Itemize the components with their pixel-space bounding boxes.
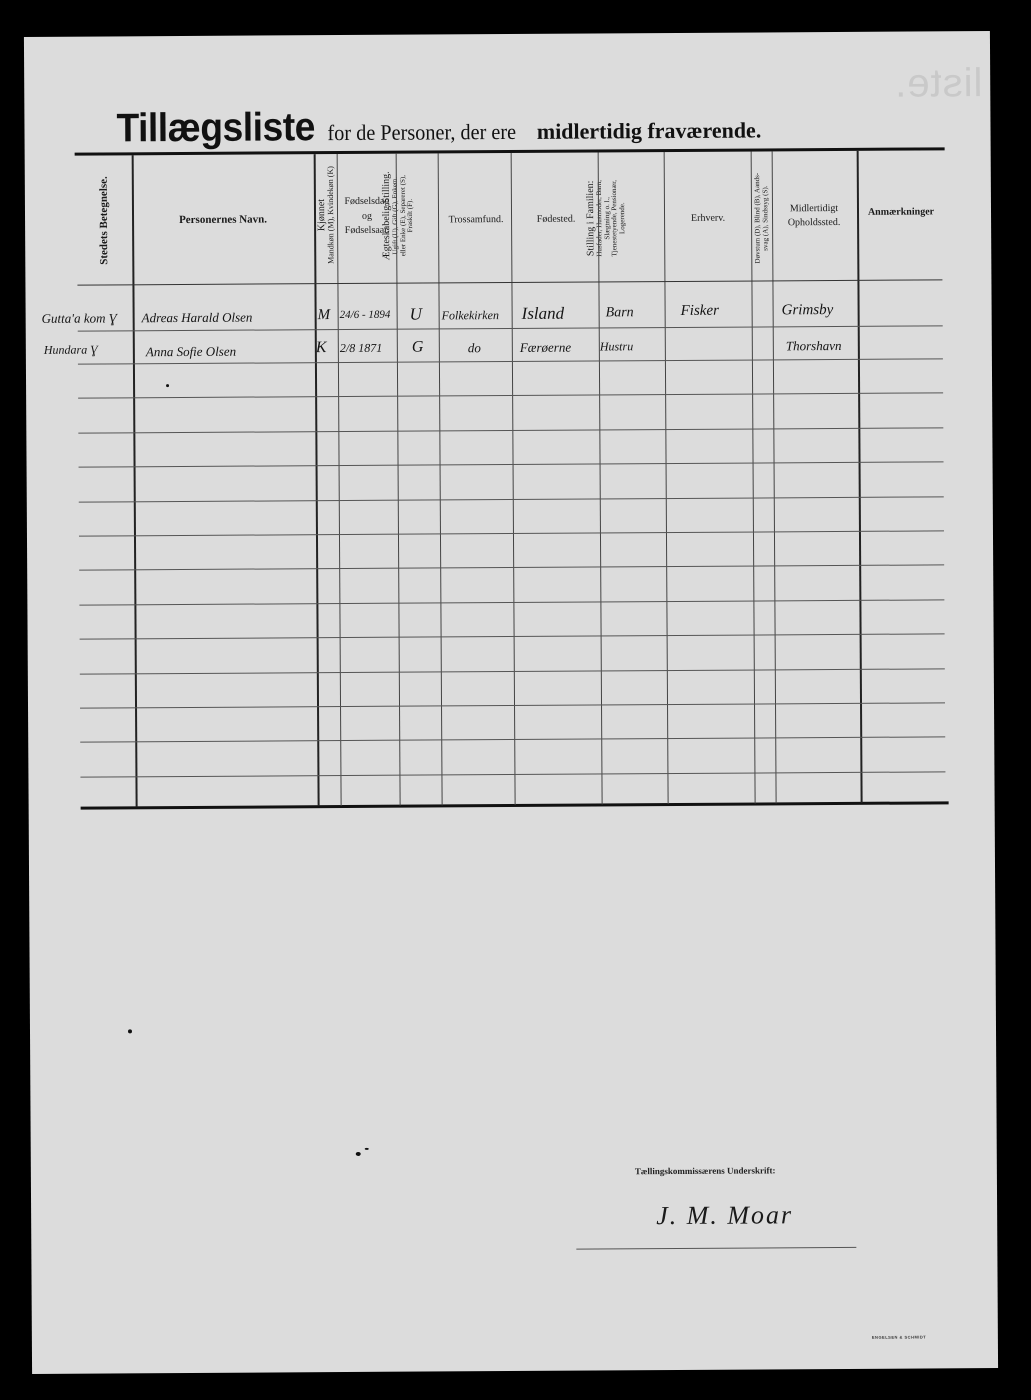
header-opholdssted-l1: Midlertidigt [772, 202, 856, 217]
header-opholdssted: Midlertidigt Opholdssted. [772, 202, 856, 231]
ink-speck [356, 1152, 361, 1156]
printer-mark: ENGELSEN & SCHMIDT [872, 1334, 926, 1339]
row-line [78, 392, 943, 398]
cell-kjonnet: K [316, 339, 327, 357]
ink-speck [166, 384, 169, 387]
header-bottom-line [77, 279, 942, 285]
header-kjonnet-sub: Mandkøn (M), Kvindekøn (K) [327, 150, 337, 280]
cell-opholdssted: Thorshavn [786, 338, 842, 354]
row-line [79, 599, 944, 605]
row-line [80, 668, 945, 674]
row-line [80, 736, 945, 742]
cell-trossamfund: Folkekirken [442, 308, 499, 323]
cell-stedets-betegnelse: Hundara Ɣ [44, 343, 99, 358]
column-divider [511, 153, 516, 805]
header-lyte: Døvstum (D), Blind (B), Aands- svag (A),… [754, 153, 770, 283]
row-line [80, 702, 945, 708]
column-divider [772, 151, 777, 803]
row-line [79, 530, 944, 536]
title-emphasis: midlertidig fraværende. [537, 117, 762, 143]
row-line [80, 771, 945, 777]
ink-speck [128, 1029, 132, 1033]
header-aegteskab-l3: Fraskilt (F). [407, 151, 415, 281]
row-line [78, 427, 943, 433]
column-divider [132, 155, 138, 807]
title-main: Tillægsliste [116, 105, 315, 151]
cell-navn: Adreas Harald Olsen [142, 310, 253, 327]
row-line [80, 633, 945, 639]
cell-aegteskabelig: G [412, 339, 424, 357]
cell-opholdssted: Grimsby [782, 302, 834, 319]
header-stedets-betegnelse: Stedets Betegnelse. [98, 165, 111, 275]
header-stilling-l4: Logerende. [619, 153, 627, 283]
form-title: Tillægsliste for de Personer, der ere mi… [116, 102, 761, 151]
row-line [79, 564, 944, 570]
header-stilling-familien: Stilling i Familien: Husfader, Husmoder,… [585, 153, 628, 283]
cell-fodselsdag: 2/8 1871 [340, 341, 382, 356]
signature: J. M. Moar [656, 1200, 793, 1231]
header-lyte-l2: svag (A), Sindssyg (S). [762, 153, 770, 283]
bleed-through-text: liste. [894, 61, 983, 107]
column-divider [337, 154, 342, 806]
table-row: Gutta'a kom Ɣ Adreas Harald Olsen M 24/6… [24, 31, 990, 37]
cell-stilling-familien: Barn [606, 305, 634, 321]
column-divider [438, 153, 443, 805]
cell-aegteskabelig: U [410, 305, 422, 325]
title-subtitle: for de Personer, der ere [328, 119, 517, 146]
cell-trossamfund: do [468, 340, 481, 356]
header-erhverv: Erhverv. [665, 213, 751, 226]
cell-stedets-betegnelse: Gutta'a kom Ɣ [42, 310, 118, 326]
header-anmaerkninger: Anmærkninger [857, 206, 945, 219]
signature-line [576, 1247, 856, 1250]
row-line [78, 325, 943, 331]
cell-kjonnet: M [318, 307, 331, 324]
cell-erhverv: Fisker [681, 303, 719, 320]
header-trossamfund: Trossamfund. [439, 214, 513, 226]
header-aegteskabelig: Ægteskabelig Stilling. Ugift (U), Gift (… [381, 151, 416, 281]
column-divider [664, 152, 669, 804]
signature-label: Tællingskommissærens Underskrift: [635, 1165, 776, 1176]
header-opholdssted-l2: Opholdssted. [772, 216, 856, 231]
header-personernes-navn: Personernes Navn. [132, 213, 314, 227]
ink-speck [365, 1148, 369, 1150]
row-line [79, 461, 944, 467]
cell-stilling-familien: Hustru [600, 339, 633, 354]
header-kjonnet: Kjønnet Mandkøn (M), Kvindekøn (K) [316, 150, 337, 280]
cell-fodested: Island [522, 304, 565, 324]
cell-fodested: Færøerne [520, 340, 571, 356]
cell-fodselsdag: 24/6 - 1894 [340, 309, 391, 321]
column-divider [857, 151, 863, 803]
census-form-page: liste. Tillægsliste for de Personer, der… [24, 31, 998, 1374]
row-line [79, 496, 944, 502]
table-row: Hundara Ɣ Anna Sofie Olsen K 2/8 1871 G … [24, 31, 990, 37]
cell-navn: Anna Sofie Olsen [146, 344, 236, 361]
census-table [24, 31, 990, 37]
